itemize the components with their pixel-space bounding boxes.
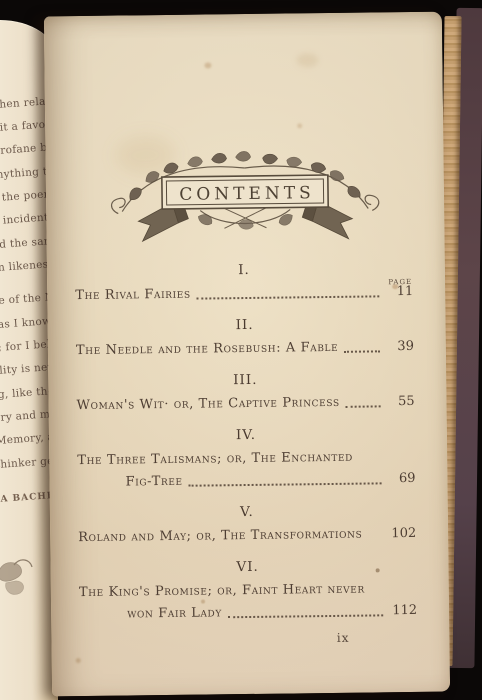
main-page: CONTENTS I. The Rival Fairies PAGE11 II.… bbox=[44, 12, 450, 697]
chapter-numeral: II. bbox=[76, 315, 414, 335]
chapter-title-continued: won Fair Lady bbox=[127, 605, 222, 622]
leader-dots bbox=[346, 405, 381, 407]
chapter-numeral: III. bbox=[76, 370, 414, 390]
left-page-text-fragment: far as I know, bbox=[0, 315, 54, 332]
chapter-numeral: VI. bbox=[79, 557, 417, 577]
left-page-text-fragment: nor; for I beli bbox=[0, 338, 54, 355]
chapter-page-number: 55 bbox=[387, 394, 415, 410]
banner-box: CONTENTS bbox=[162, 175, 328, 209]
page-folio: ix bbox=[79, 630, 417, 648]
chapter-title: The King's Promise; or, Faint Heart neve… bbox=[79, 582, 365, 601]
left-page-text-fragment: the thinker ge bbox=[0, 455, 54, 473]
contents-banner: CONTENTS bbox=[101, 140, 388, 251]
left-page-text-fragment: ginality is nev bbox=[0, 361, 54, 378]
chapter-page-number: 69 bbox=[387, 471, 415, 487]
tendril-left bbox=[111, 198, 125, 213]
leader-dots bbox=[344, 350, 380, 352]
page-column-label: PAGE bbox=[388, 274, 412, 290]
chapter-numeral: IV. bbox=[77, 425, 415, 445]
chapter-title: The Rival Fairies bbox=[75, 287, 191, 304]
toc-entry: IV. The Three Talismans; or, The Enchant… bbox=[77, 425, 416, 491]
foxing-spot bbox=[76, 658, 81, 663]
chapter-title-continued: Fig-Tree bbox=[125, 474, 182, 491]
leader-dots bbox=[189, 482, 382, 486]
chapter-page-number: 112 bbox=[389, 603, 417, 619]
chapter-page-number: 39 bbox=[386, 339, 414, 355]
tendril-right bbox=[365, 195, 379, 210]
chapter-title: Woman's Wit· or, The Captive Princess bbox=[77, 395, 340, 414]
banner-title: CONTENTS bbox=[179, 183, 315, 205]
leader-dots bbox=[228, 614, 383, 618]
chapter-title: Roland and May; or, The Transformations bbox=[78, 527, 362, 546]
foxing-spot bbox=[204, 62, 211, 68]
toc-entry: II. The Needle and the Rosebush: A Fable… bbox=[76, 315, 414, 359]
chapter-title: The Needle and the Rosebush: A Fable bbox=[76, 340, 339, 359]
left-page-text-fragment: vapory and mi bbox=[0, 408, 54, 426]
foxing-spot bbox=[296, 53, 318, 67]
toc-entry: I. The Rival Fairies PAGE11 bbox=[75, 260, 413, 304]
author-signature-fragment: NNA BACHE bbox=[0, 491, 55, 506]
chapter-page-number: 102 bbox=[388, 526, 416, 542]
chapter-title: The Three Talismans; or, The Enchanted bbox=[77, 450, 353, 469]
toc-entry: III. Woman's Wit· or, The Captive Prince… bbox=[76, 370, 414, 414]
chapter-numeral: I. bbox=[75, 260, 413, 280]
table-of-contents: I. The Rival Fairies PAGE11 II. The Need… bbox=[75, 260, 418, 648]
left-page-text-fragment: e of Memory, a bbox=[0, 431, 54, 449]
left-page-text-fragment: ping, like the bbox=[0, 385, 54, 402]
leaf-flourish-ornament bbox=[0, 549, 40, 609]
toc-entry: V. Roland and May; or, The Transformatio… bbox=[78, 502, 416, 546]
foxing-spot bbox=[297, 123, 302, 128]
chapter-numeral: V. bbox=[78, 502, 416, 522]
toc-entry: VI. The King's Promise; or, Faint Heart … bbox=[79, 557, 418, 623]
leader-dots bbox=[197, 295, 380, 299]
chapter-page-number: PAGE11 bbox=[385, 284, 413, 300]
